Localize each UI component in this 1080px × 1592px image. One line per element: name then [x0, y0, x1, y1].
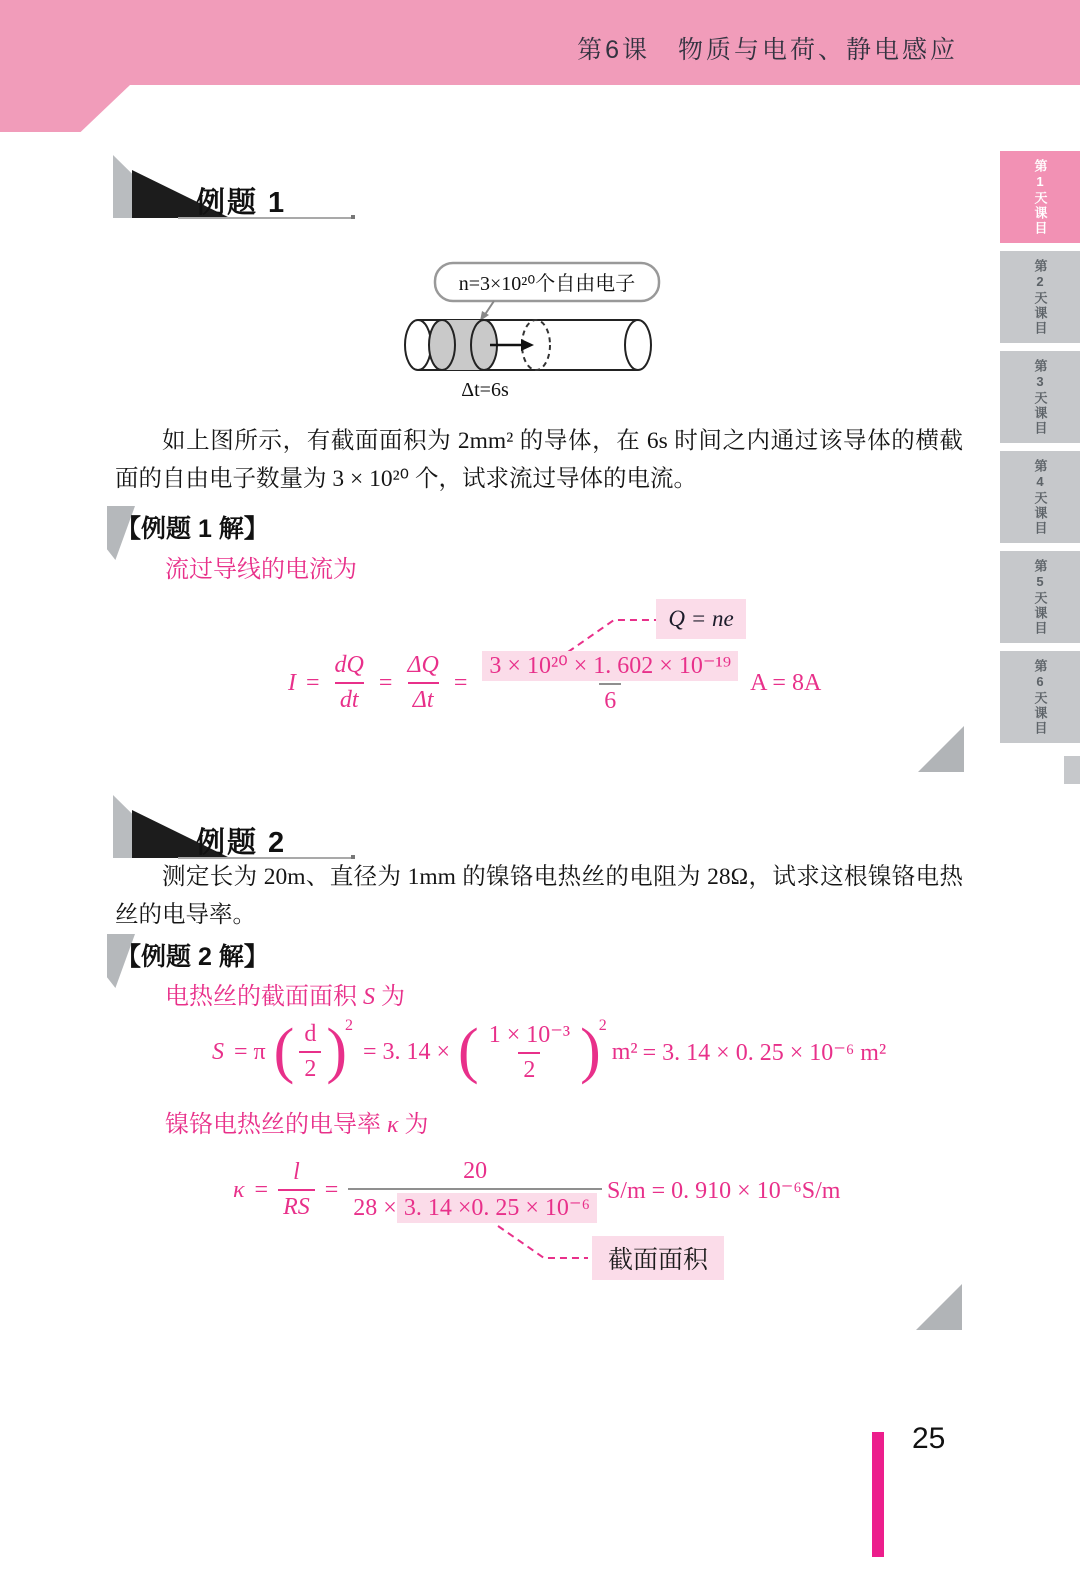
section-underline-dot	[351, 215, 355, 219]
diagram-bubble-text: n=3×10²⁰个自由电子	[459, 272, 636, 295]
page-header-title: 第6课 物质与电荷、静电感应	[577, 30, 958, 66]
frac-numerator: 1 × 10⁻³	[484, 1020, 575, 1052]
frac-denominator: 2	[299, 1051, 321, 1083]
equals-sign: =	[255, 1177, 269, 1204]
cylinder-right-end	[625, 320, 651, 370]
callout-q-ne: Q = ne	[656, 599, 746, 639]
example1-solution-intro: 流过导线的电流为	[165, 549, 357, 584]
fraction-dQdt-delta: ΔQ Δt	[402, 652, 443, 714]
sidebar-tab-label: 第2天课目	[1031, 259, 1050, 336]
intro-text: 电热丝的截面面积	[165, 984, 363, 1010]
var-S: S	[363, 984, 375, 1010]
example1-solution-title: 【例题 1 解】	[116, 509, 269, 545]
sidebar-tab-day5: 第5天课目	[1000, 551, 1080, 643]
frac-numerator: 20	[458, 1158, 492, 1188]
sidebar-tab-day6: 第6天课目	[1000, 651, 1080, 743]
formula-area: S = π ( d 2 ) 2 = 3. 14 × ( 1 × 10⁻³ 2 )…	[207, 1008, 891, 1096]
formula-current: I = dQ dt = ΔQ Δt = 3 × 10²⁰ × 1. 602 × …	[283, 638, 826, 728]
example2-title: 例题 2	[196, 820, 286, 861]
header-notch	[0, 85, 130, 132]
formula-result: S/m = 0. 910 × 10⁻⁶S/m	[607, 1176, 840, 1205]
close-paren: )	[326, 1027, 347, 1077]
unit-ampere: A	[750, 670, 767, 697]
intro-text: 镍铬电热丝的电导率	[165, 1112, 387, 1138]
callout-cross-section: 截面面积	[592, 1236, 724, 1280]
section-end-triangle	[916, 1284, 962, 1330]
section-underline	[178, 217, 353, 219]
section-end-triangle	[918, 726, 964, 772]
diagram-time-label: Δt=6s	[461, 379, 509, 401]
page-number: 25	[912, 1422, 945, 1456]
equals-sign: =	[454, 670, 468, 697]
example2-intro-area-2: 镍铬电热丝的电导率 κ 为	[165, 1104, 429, 1139]
sidebar-tab-day2: 第2天课目	[1000, 251, 1080, 343]
sidebar-edge-tag	[1064, 756, 1080, 784]
fraction-dQdt: dQ dt	[330, 652, 369, 714]
equals-sign: =	[306, 670, 320, 697]
fraction-numeric: 20 28 ×3. 14 ×0. 25 × 10⁻⁶	[348, 1158, 602, 1222]
sidebar-tab-label: 第1天课目	[1031, 159, 1050, 236]
open-paren: (	[274, 1027, 295, 1077]
exponent: 2	[599, 1017, 607, 1035]
frac-numerator: d	[299, 1021, 321, 1051]
frac-denominator: RS	[278, 1189, 315, 1221]
sidebar-tab-day3: 第3天课目	[1000, 351, 1080, 443]
callout-connector-2	[492, 1222, 592, 1266]
example1-problem-text: 如上图所示，有截面面积为 2mm² 的导体，在 6s 时间之内通过该导体的横截面…	[115, 422, 963, 498]
sidebar-tab-label: 第5天课目	[1031, 559, 1050, 636]
example2-problem-text: 测定长为 20m、直径为 1mm 的镍铬电热丝的电阻为 28Ω，试求这根镍铬电热…	[115, 858, 963, 934]
equals-sign: =	[379, 670, 393, 697]
highlighted-numerator: 3 × 10²⁰ × 1. 602 × 10⁻¹⁹	[482, 651, 738, 681]
charge-slab-left-face	[429, 320, 455, 370]
sidebar-tab-label: 第4天课目	[1031, 459, 1050, 536]
sidebar-tab-day4: 第4天课目	[1000, 451, 1080, 543]
open-paren: (	[458, 1027, 479, 1077]
var-kappa: κ	[387, 1112, 399, 1138]
var-kappa: κ	[233, 1177, 245, 1204]
var-I: I	[288, 670, 296, 697]
formula-result: = 3. 14 × 0. 25 × 10⁻⁶ m²	[643, 1038, 887, 1067]
var-S: S	[212, 1039, 224, 1066]
close-paren: )	[580, 1027, 601, 1077]
intro-text: 为	[375, 984, 405, 1010]
frac-denominator: 28 ×3. 14 ×0. 25 × 10⁻⁶	[348, 1188, 602, 1222]
paren-group-numeric: ( 1 × 10⁻³ 2 ) 2	[458, 1020, 609, 1084]
frac-numerator: l	[288, 1159, 305, 1189]
frac-denominator: Δt	[408, 682, 439, 714]
equals-sign: =	[325, 1177, 339, 1204]
frac-numerator: dQ	[330, 652, 369, 682]
sidebar-tab-label: 第3天课目	[1031, 359, 1050, 436]
sidebar-tab-day1: 第1天课目	[1000, 151, 1080, 243]
exponent: 2	[345, 1017, 353, 1035]
paren-group-d-over-2: ( d 2 ) 2	[274, 1021, 355, 1083]
equals-pi: = π	[234, 1039, 266, 1066]
intro-text: 为	[399, 1112, 429, 1138]
motion-arrow-head	[521, 339, 534, 351]
equals-value: = 3. 14 ×	[363, 1039, 450, 1066]
conductor-diagram: n=3×10²⁰个自由电子 Δt=6s	[390, 258, 680, 403]
fraction-numeric: 3 × 10²⁰ × 1. 602 × 10⁻¹⁹ 6	[477, 651, 743, 715]
formula-conductivity: κ = l RS = 20 28 ×3. 14 ×0. 25 × 10⁻⁶ S/…	[228, 1146, 840, 1234]
frac-denominator: 2	[518, 1052, 540, 1084]
example1-title: 例题 1	[196, 180, 286, 221]
frac-denominator: 6	[599, 683, 621, 715]
example2-intro-area: 电热丝的截面面积 S 为	[165, 976, 405, 1011]
denominator-prefix: 28 ×	[353, 1195, 397, 1221]
sidebar-tab-label: 第6天课目	[1031, 659, 1050, 736]
fraction-l-RS: l RS	[278, 1159, 315, 1221]
unit-m2: m²	[612, 1039, 638, 1066]
formula-result: = 8A	[772, 670, 821, 697]
frac-numerator: ΔQ	[402, 652, 443, 682]
footer-accent-bar	[872, 1432, 884, 1557]
example2-solution-title: 【例题 2 解】	[116, 937, 269, 973]
highlighted-denominator: 3. 14 ×0. 25 × 10⁻⁶	[397, 1193, 597, 1223]
cylinder-left-end	[405, 320, 431, 370]
textbook-page: 第6课 物质与电荷、静电感应 第1天课目 第2天课目 第3天课目 第4天课目 第…	[0, 0, 1080, 1592]
frac-denominator: dt	[335, 682, 364, 714]
